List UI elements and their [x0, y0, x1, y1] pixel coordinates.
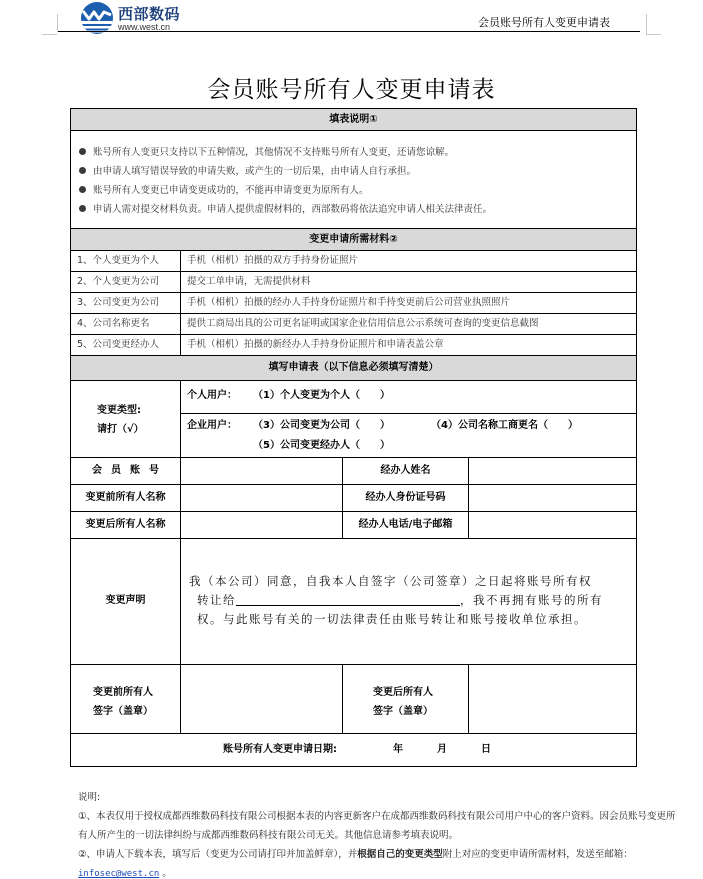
previous-owner-label: 变更前所有人名称 — [71, 485, 181, 511]
materials-row: 1、个人变更为个人 手机（相机）拍摄的双方手持身份证照片 — [71, 251, 636, 272]
option-personal-to-personal[interactable]: （1）个人变更为个人（ ） — [253, 381, 390, 411]
new-owner-signature-field[interactable] — [469, 665, 636, 733]
info-row: 变更前所有人名称 经办人身份证号码 — [71, 485, 636, 512]
date-year[interactable]: 年 — [393, 734, 403, 765]
change-type-label: 变更类型: 请打（√） — [71, 381, 181, 457]
enterprise-user-options: 企业用户：（3）公司变更为公司（ ） （4）公司名称工商更名（ ） （5）公司变… — [181, 414, 636, 457]
member-account-label: 会员账号 — [71, 458, 181, 484]
agent-name-label: 经办人姓名 — [343, 458, 469, 484]
bullet-icon — [79, 205, 86, 212]
instruction-text: 申请人需对提交材料负责。申请人提供虚假材料的，西部数码将依法追究申请人相关法律责… — [93, 204, 492, 215]
declaration-transfer-prefix: 转让给 — [197, 593, 236, 607]
signature-label-line: 签字（盖章） — [93, 702, 180, 721]
change-type-label-line1: 变更类型: — [97, 401, 180, 420]
instruction-item: 由申请人填写错误导致的申请失败，或产生的一切后果，由申请人自行承担。 — [71, 162, 636, 181]
materials-type: 5、公司变更经办人 — [71, 335, 181, 355]
crop-mark — [57, 14, 58, 32]
application-form: 填表说明① 账号所有人变更只支持以下五种情况，其他情况不支持账号所有人变更，还请… — [70, 108, 637, 767]
agent-id-label: 经办人身份证号码 — [343, 485, 469, 511]
change-type-options: 个人用户：（1）个人变更为个人（ ） 企业用户：（3）公司变更为公司（ ） （4… — [181, 381, 636, 457]
application-date-row: 账号所有人变更申请日期: 年 月 日 — [71, 734, 636, 766]
declaration-transfer-suffix: ，我不再拥有账号的所有 — [460, 593, 603, 607]
materials-row: 3、公司变更为公司 手机（相机）拍摄的经办人手持身份证照片和手持变更前后公司营业… — [71, 293, 636, 314]
option-company-rename[interactable]: （4）公司名称工商更名（ ） — [431, 416, 578, 436]
crop-mark — [42, 34, 57, 35]
declaration-text: 我（本公司）同意，自我本人自签字（公司签章）之日起将账号所有权 转让给，我不再拥… — [181, 539, 636, 664]
note-item-1: ①、本表仅用于授权成都西维数码科技有限公司根据本表的内容更新客户在成都西维数码科… — [78, 807, 678, 845]
declaration-label: 变更声明 — [71, 539, 181, 664]
bullet-icon — [79, 186, 86, 193]
materials-desc: 手机（相机）拍摄的新经办人手持身份证照片和申请表盖公章 — [181, 335, 444, 355]
instruction-text: 账号所有人变更只支持以下五种情况，其他情况不支持账号所有人变更，还请您谅解。 — [93, 147, 454, 158]
info-row: 会员账号 经办人姓名 — [71, 458, 636, 485]
instruction-item: 申请人需对提交材料负责。申请人提供虚假材料的，西部数码将依法追究申请人相关法律责… — [71, 200, 636, 219]
section-materials-heading: 变更申请所需材料② — [71, 229, 636, 251]
note-item-2: ②、申请人下载本表，填写后（变更为公司请打印并加盖鲜章），并根据自己的变更类型附… — [78, 845, 678, 879]
materials-desc: 手机（相机）拍摄的双方手持身份证照片 — [181, 251, 358, 271]
header-doc-title: 会员账号所有人变更申请表 — [478, 14, 610, 30]
note-emphasis: 根据自己的变更类型 — [357, 849, 443, 860]
previous-owner-signature-label: 变更前所有人 签字（盖章） — [71, 665, 181, 733]
application-date-label: 账号所有人变更申请日期: — [223, 734, 337, 765]
note-text: 附上对应的变更申请所需材料，发送至邮箱： — [443, 849, 633, 860]
signature-label-line: 变更前所有人 — [93, 683, 180, 702]
logo-name: 西部数码 — [118, 3, 180, 24]
materials-desc: 提供工商局出具的公司更名证明或国家企业信用信息公示系统可查询的变更信息截图 — [181, 314, 539, 334]
materials-row: 5、公司变更经办人 手机（相机）拍摄的新经办人手持身份证照片和申请表盖公章 — [71, 335, 636, 356]
date-month[interactable]: 月 — [437, 734, 447, 765]
materials-type: 4、公司名称更名 — [71, 314, 181, 334]
agent-contact-label: 经办人电话/电子邮箱 — [343, 512, 469, 538]
agent-name-field[interactable] — [469, 458, 636, 484]
agent-contact-field[interactable] — [469, 512, 636, 538]
west-logo-icon — [80, 1, 114, 35]
header-divider-right — [440, 31, 640, 32]
signature-label-line: 变更后所有人 — [373, 683, 468, 702]
note-text: 。 — [159, 868, 172, 879]
personal-user-options: 个人用户：（1）个人变更为个人（ ） — [181, 381, 636, 414]
crop-mark — [646, 34, 661, 35]
date-day[interactable]: 日 — [481, 734, 491, 765]
materials-desc: 手机（相机）拍摄的经办人手持身份证照片和手持变更前后公司营业执照照片 — [181, 293, 510, 313]
note-text: ②、申请人下载本表，填写后（变更为公司请打印并加盖鲜章），并 — [78, 849, 357, 860]
section-application-heading: 填写申请表（以下信息必须填写清楚） — [71, 356, 636, 381]
instructions-list: 账号所有人变更只支持以下五种情况，其他情况不支持账号所有人变更，还请您谅解。 由… — [71, 131, 636, 229]
personal-user-label: 个人用户： — [187, 381, 253, 411]
signature-row: 变更前所有人 签字（盖章） 变更后所有人 签字（盖章） — [71, 665, 636, 734]
crop-mark — [646, 14, 647, 34]
materials-type: 3、公司变更为公司 — [71, 293, 181, 313]
declaration-line: 转让给，我不再拥有账号的所有 — [189, 591, 628, 610]
bullet-icon — [79, 167, 86, 174]
materials-type: 2、个人变更为公司 — [71, 272, 181, 292]
materials-row: 4、公司名称更名 提供工商局出具的公司更名证明或国家企业信用信息公示系统可查询的… — [71, 314, 636, 335]
header-divider — [57, 31, 481, 32]
new-owner-label: 变更后所有人名称 — [71, 512, 181, 538]
member-account-field[interactable] — [181, 458, 343, 484]
change-type-row: 变更类型: 请打（√） 个人用户：（1）个人变更为个人（ ） 企业用户：（3）公… — [71, 381, 636, 458]
notes: 说明: ①、本表仅用于授权成都西维数码科技有限公司根据本表的内容更新客户在成都西… — [78, 788, 678, 879]
materials-row: 2、个人变更为公司 提交工单申请，无需提供材料 — [71, 272, 636, 293]
declaration-row: 变更声明 我（本公司）同意，自我本人自签字（公司签章）之日起将账号所有权 转让给… — [71, 539, 636, 665]
instruction-item: 账号所有人变更已申请变更成功的，不能再申请变更为原所有人。 — [71, 181, 636, 200]
page-header: 西部数码 www.west.cn 会员账号所有人变更申请表 — [0, 0, 703, 40]
previous-owner-field[interactable] — [181, 485, 343, 511]
instruction-item: 账号所有人变更只支持以下五种情况，其他情况不支持账号所有人变更，还请您谅解。 — [71, 143, 636, 162]
signature-label-line: 签字（盖章） — [373, 702, 468, 721]
new-owner-signature-label: 变更后所有人 签字（盖章） — [343, 665, 469, 733]
materials-type: 1、个人变更为个人 — [71, 251, 181, 271]
email-link[interactable]: infosec@west.cn — [78, 869, 159, 879]
option-company-to-company[interactable]: （3）公司变更为公司（ ） — [253, 416, 390, 436]
change-type-label-line2: 请打（√） — [97, 420, 180, 439]
agent-id-field[interactable] — [469, 485, 636, 511]
declaration-line: 我（本公司）同意，自我本人自签字（公司签章）之日起将账号所有权 — [189, 572, 628, 591]
new-owner-field[interactable] — [181, 512, 343, 538]
previous-owner-signature-field[interactable] — [181, 665, 343, 733]
instruction-text: 由申请人填写错误导致的申请失败，或产生的一切后果，由申请人自行承担。 — [93, 166, 416, 177]
declaration-line: 权。与此账号有关的一切法律责任由账号转让和账号接收单位承担。 — [189, 610, 628, 629]
document-title: 会员账号所有人变更申请表 — [0, 71, 703, 104]
materials-desc: 提交工单申请，无需提供材料 — [181, 272, 311, 292]
bullet-icon — [79, 148, 86, 155]
enterprise-user-label: 企业用户： — [187, 416, 253, 436]
notes-heading: 说明: — [78, 788, 678, 807]
transferee-blank[interactable] — [236, 593, 460, 606]
instruction-text: 账号所有人变更已申请变更成功的，不能再申请变更为原所有人。 — [93, 185, 369, 196]
option-change-agent[interactable]: （5）公司变更经办人（ ） — [253, 436, 390, 456]
info-row: 变更后所有人名称 经办人电话/电子邮箱 — [71, 512, 636, 539]
section-instructions-heading: 填表说明① — [71, 109, 636, 131]
